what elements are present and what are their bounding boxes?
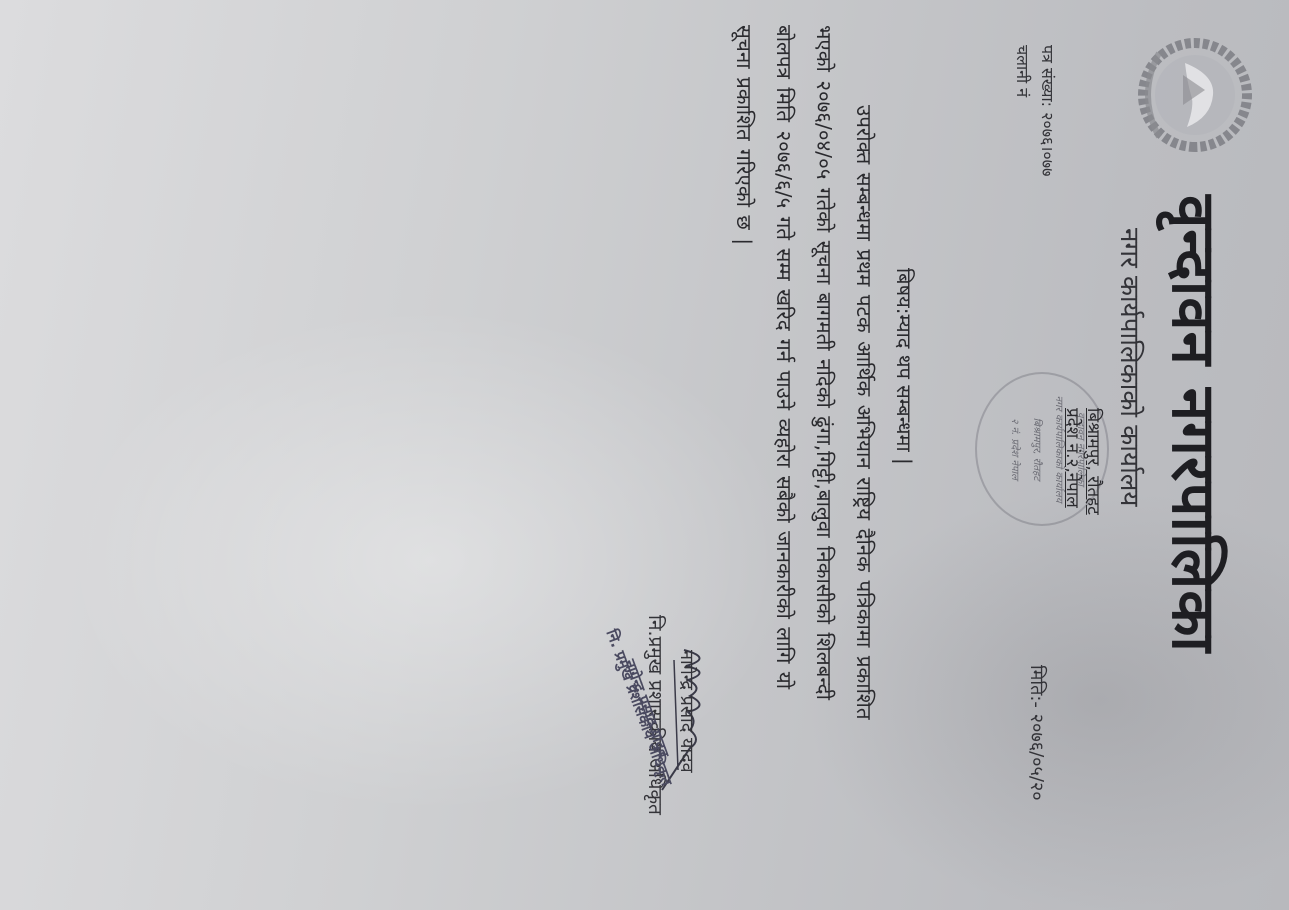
stamp-line: बिश्रामपुर, रौतहट [1031,374,1045,524]
address-line-1: बिश्रामपुर, रौतहट [1083,408,1106,515]
office-name: नगर कार्यपालिकाको कार्यालय [1113,228,1149,507]
photo-background: वृन्दावन नगरपालिका नगर कार्यपालिकाको कार… [0,0,1289,910]
body-line: सूचना प्रकाशित गरिएको छ | [730,25,758,245]
address-line-2: प्रदेश नं.२,नेपाल [1062,408,1085,508]
reference-number: पत्र संख्या: २०७६।०७७ [1037,45,1059,176]
body-line: बोलपत्र मिति २०७६/६/५ गते सम्म खरिद गर्न… [770,25,798,689]
body-line: भएको २०७६/०४/०५ गतेको सूचना बागमती नदिको… [810,25,838,700]
letter-subject: बिषय:म्याद थप सम्बन्धमा | [891,268,918,465]
body-line: उपरोक्त सम्बन्धमा प्रथम पटक आर्थिक अभिया… [850,105,878,720]
official-letter-page: वृन्दावन नगरपालिका नगर कार्यपालिकाको कार… [0,0,1289,910]
letter-date: मिति:- २०७६/०५/२० [1025,665,1049,801]
stamp-line: २ नं. प्रदेश नेपाल [1009,374,1023,524]
signatory-name: नागेन्द्र प्रसाद यादव [675,650,699,773]
page-title: वृन्दावन नगरपालिका [1155,195,1237,653]
dispatch-number: चलानी नं [1012,45,1034,97]
municipality-emblem-icon [1135,35,1255,155]
